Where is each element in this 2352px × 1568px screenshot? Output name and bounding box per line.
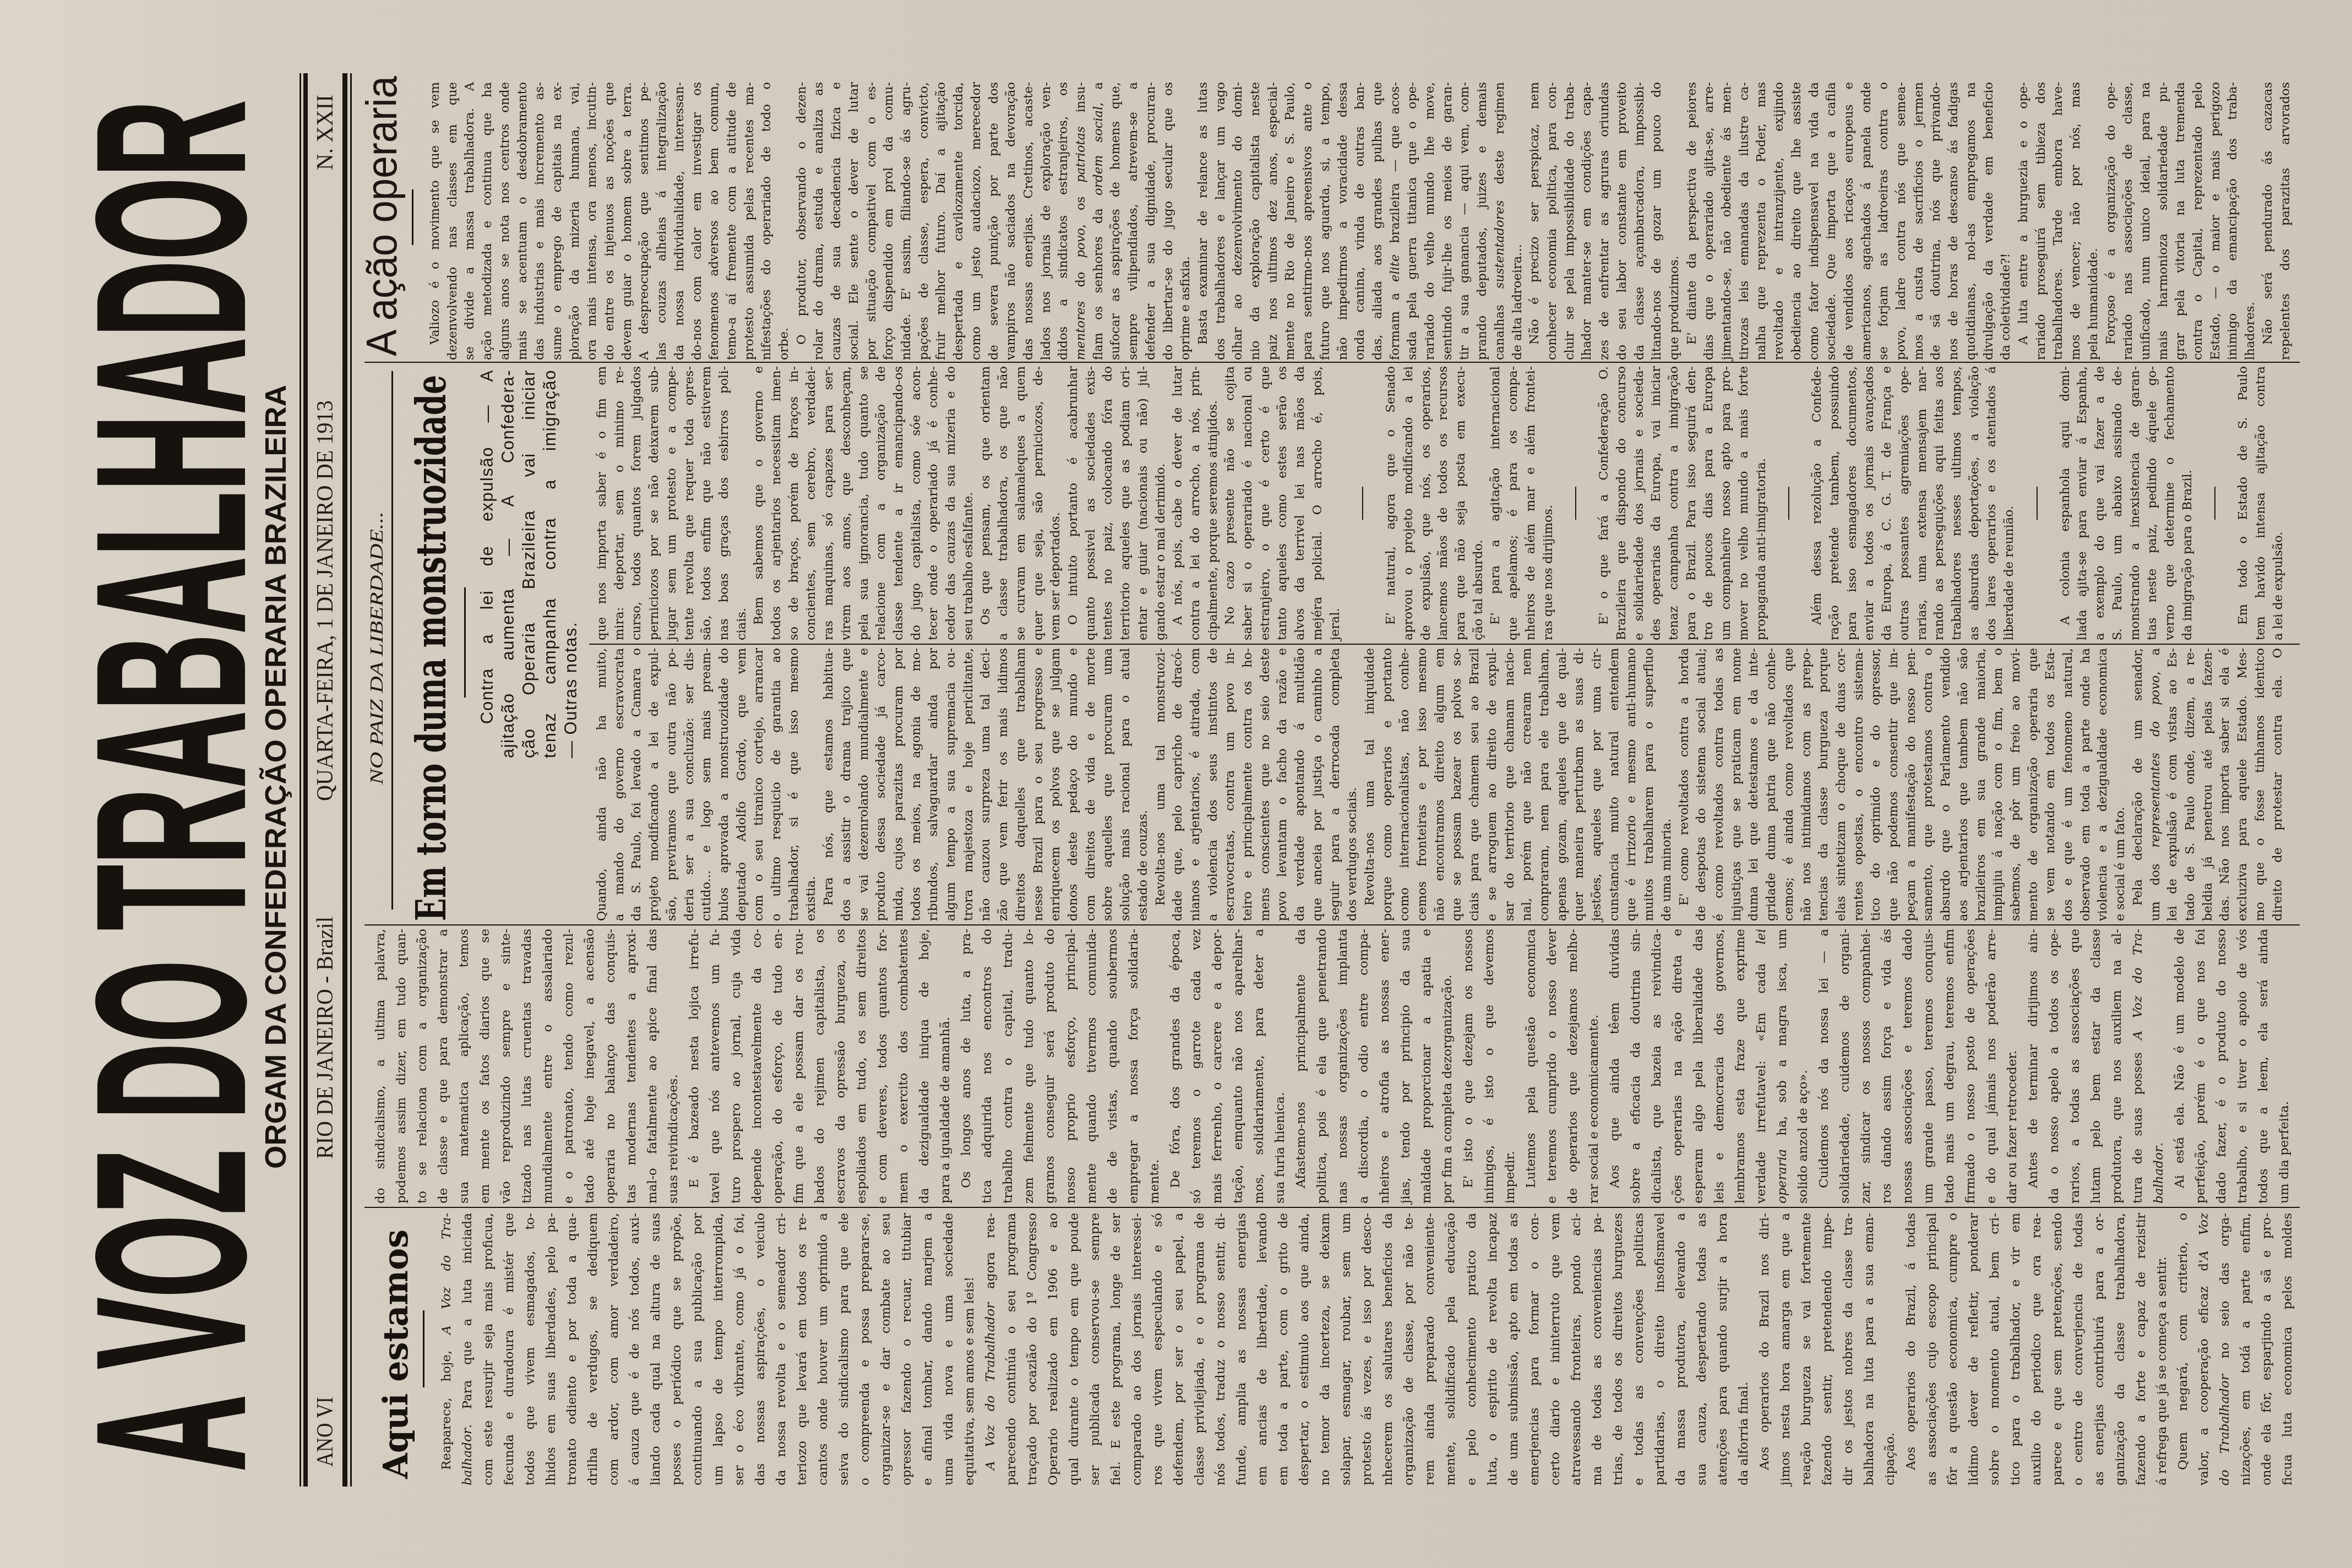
text-line: porque como operarios e portanto — [1379, 648, 1397, 921]
title-underline-rule — [412, 189, 413, 245]
text-line: Forçoso é a organização do ope- — [2103, 82, 2120, 360]
title-underline-rule — [423, 1310, 424, 1387]
text-line: tica adquirida nos encontros do — [977, 929, 998, 1204]
text-line: Afastemo-nos principalmente da — [1291, 929, 1311, 1204]
text-line: todos que a leem, ela será ainda — [2253, 929, 2274, 1204]
text-line: ganização da classe trabalhadora, — [2110, 1213, 2131, 1485]
text-line: mem o exercito dos combatentes — [893, 929, 914, 1204]
text-line: tado de S. Paulo onde, dizem, a re- — [2182, 648, 2199, 921]
column-4: que nos importa saber é o fim emmira: de… — [594, 366, 2287, 640]
text-line: das industrias e mais incremento as- — [531, 82, 549, 360]
text-line: operação, do esforço, de tudo en- — [767, 929, 788, 1204]
text-line: do jugo capitalista, como sóe acon- — [908, 366, 925, 640]
column-rule-3 — [589, 644, 2300, 645]
text-line: A nós, pois, cabe o dever de lutar — [1169, 366, 1187, 640]
text-line: trabalhador, si é que isso mesmo — [786, 648, 803, 921]
text-line: partidarias, o direito insofismavel — [1649, 1213, 1670, 1485]
text-line: entar e guiar (nacionais ou não) jul- — [1135, 366, 1152, 640]
text-line: fazendo a forte e capaz de rezistir — [2131, 1213, 2152, 1485]
text-line: todos os meios, na agonia de mo- — [908, 648, 925, 921]
text-line: cedor das cauzas da sua mizeria e do — [943, 366, 960, 640]
text-line: mos, solidariamente, para deter a — [1249, 929, 1270, 1204]
text-line: virem aos amos, que desconheçam, — [838, 366, 856, 640]
text-line: do entre os injenuos as noções que — [601, 82, 619, 360]
text-run: canalhas — [1493, 288, 1507, 360]
text-line: repelentes dos parazitas arvorados — [2277, 82, 2295, 360]
text-line: nós todos, traduz o nosso sentir, di- — [1210, 1213, 1231, 1485]
text-line: ação metodizada e continua que ha — [479, 82, 497, 360]
text-line: o ultimo resquicio de garantia ao — [768, 648, 786, 921]
text-run: brazileira — que acos- — [1388, 82, 1402, 254]
issue-number: N. XXII — [313, 95, 338, 170]
text-line: dos lares operarios e os atentados á — [1983, 366, 2001, 640]
text-line: cipação. — [1880, 1213, 1901, 1485]
text-line: inimigos, é isto o que devemos — [1479, 929, 1500, 1204]
text-line: de vendidos aos ricaços europeus e — [1841, 82, 1858, 360]
text-line: para isso esmagadores documentos, — [1844, 366, 1861, 640]
text-line: equitativa, sem amos e sem leis! — [959, 1213, 980, 1485]
text-line: pações de classe, espera, convicto, — [916, 82, 933, 360]
text-line: e do qual jámais nos poderão arre- — [1981, 929, 2002, 1204]
text-line: trabalho contra o capital, tradu- — [998, 929, 1019, 1204]
text-line: rar social e economicamente. — [1583, 929, 1604, 1204]
text-line: las couzas alheias á integralização — [654, 82, 671, 360]
paragraph: Em todo o Estado de S. Paulotem havido i… — [2235, 366, 2287, 640]
text-line: E' o que fará a Confederação O. — [1596, 366, 1613, 640]
text-line: cemos fronteiras e por isso mesmo — [1414, 648, 1431, 921]
text-line: mejéra policial. O arrocho é, pois, — [1309, 366, 1327, 640]
paragraph: Antes de terminar dirijimos ain-da o nos… — [2023, 929, 2169, 1204]
text-line: das, aliada aos grandes pulhas que — [1369, 82, 1387, 360]
text-line: nheiros de além mar e além frontei- — [1522, 366, 1540, 640]
paragraph: Quem negará, com criterio, ovalor, a coo… — [2173, 1213, 2298, 1485]
text-line: Lutemos pela questão economica — [1521, 929, 1542, 1204]
text-line: de despotas do sistema social atual; — [1693, 648, 1711, 921]
paragraph: Bem sabemos que o governo etodos os arje… — [750, 366, 977, 640]
paragraph: A luta entre a burguezia e o ope-rariado… — [2015, 82, 2103, 360]
text-line: impinjiu á nação com o fim, bem o — [1990, 648, 2007, 921]
text-line: tias neste paiz, pedindo áquele go- — [2144, 366, 2162, 640]
text-line: parece e que sem pretenções, sendo — [2047, 1213, 2068, 1485]
text-line: por fim a completa dezorganização. — [1437, 929, 1458, 1204]
italic-run: povo — [1074, 228, 1088, 258]
text-line: rarias, uma extensa mensajem nar- — [1914, 366, 1931, 640]
text-line: cunstancia muito natural entendem — [1606, 648, 1624, 921]
text-line: do seu labor constante em proveito — [1614, 82, 1631, 360]
text-line: Não será pendurado ás cazacas — [2260, 82, 2277, 360]
text-run: . — [2152, 1142, 2166, 1146]
article-kicker: NO PAIZ DA LIBERDADE... — [367, 511, 387, 785]
text-line: depende incontestavelmente da co- — [747, 929, 767, 1204]
text-line: cantos onde houver um oprimido a — [813, 1213, 834, 1485]
text-line: com este resurjir seja mais proficua, — [478, 1213, 499, 1485]
paragraph: Afastemo-nos principalmente dapolitica, … — [1291, 929, 1458, 1204]
text-line: a mando do governo escravocrata — [611, 648, 629, 921]
text-line: vem ser deportados. — [1047, 366, 1065, 640]
text-line: são, todos enfim que não estiverem — [698, 366, 716, 640]
column-rule-1 — [364, 1207, 2300, 1208]
text-line: ras que nos dirijimos. — [1540, 366, 1558, 640]
text-line: tas modernas tendentes a aproxi- — [621, 929, 642, 1204]
text-line: e solidariedade dos jornais e socieda- — [1631, 366, 1648, 640]
paragraph: E' natural, agora que o Senadoaprovou o … — [1382, 366, 1487, 640]
text-line: e com deveres, todos quantos for- — [872, 929, 893, 1204]
paragraph: De fóra, dos grandes da época,só teremos… — [1165, 929, 1291, 1204]
column-3: Quando, ainda não ha muito,a mando do go… — [594, 648, 2286, 921]
text-line: rariado do velho mundo lhe move, — [1422, 82, 1439, 360]
text-line: verno que determine o fechamento — [2162, 366, 2179, 640]
paragraph: Valiozo é o movimento que se vemdezenvol… — [427, 82, 793, 360]
text-line: nesse Brazil para o seu progresso e — [1030, 648, 1048, 921]
text-line: trabalho, e si tiver o apoio de vós — [2232, 929, 2253, 1204]
text-run: Reaparece, hoje, — [439, 1335, 454, 1470]
article-title-aqui-estamos: Aqui estamos — [375, 1229, 416, 1479]
text-line: flam os senhores da ordem social, a — [1090, 82, 1108, 360]
text-line: A luta entre a burguezia e o ope- — [2015, 82, 2033, 360]
text-line: dade que, pelo capricho de dracó- — [1169, 648, 1187, 921]
text-run: um dos — [2148, 848, 2163, 921]
text-line: sua cauza, despertando todas as — [1691, 1213, 1712, 1485]
text-line: paiz nos ultimos dez anos, especial- — [1265, 82, 1282, 360]
text-line: Bem sabemos que o governo e — [750, 366, 768, 640]
text-line: vampiros não saciados na devoração — [1003, 82, 1020, 360]
text-line: e afinal tombar, dando marjem a — [917, 1213, 938, 1485]
text-line: um grande passo, teremos conquis- — [1918, 929, 1939, 1204]
paragraph: Não será pendurado ás cazacasrepelentes … — [2260, 82, 2294, 360]
text-line: mente, solidificado pela educação — [1440, 1213, 1461, 1485]
text-line: de uma submissão, apto em todas as — [1503, 1213, 1524, 1485]
text-line: rem ainda preparado conveniente- — [1419, 1213, 1440, 1485]
text-line: quer que seja, são perniciozos, de- — [1030, 366, 1048, 640]
text-line: lidimo dever de refletir, ponderar — [1963, 1213, 1984, 1485]
text-line: suas reivindicações. — [663, 929, 684, 1204]
text-line: se vai dezenrolando mundialmente e — [856, 648, 873, 921]
text-line: compraram, nem para ele trabalham, — [1536, 648, 1554, 921]
issue-date: QUARTA-FEIRA, 1 DE JANEIRO DE 1913 — [313, 400, 338, 801]
text-line: se divide a massa trabalhadora. A — [461, 82, 479, 360]
text-line: dos trabalhadores e lançar um vago — [1212, 82, 1230, 360]
deck-line: — Outras notas. — [560, 369, 581, 758]
text-line: zão que vem ferir os mais lidimos — [995, 648, 1012, 921]
text-line: como internacionalistas, não conhe- — [1396, 648, 1414, 921]
article-title-acao-operaria: A ação operaria — [357, 75, 406, 356]
text-line: unificado, num unico ideial, para na — [2137, 82, 2155, 360]
text-line: ros dando assim força e vida ás — [1876, 929, 1897, 1204]
text-line: litando-nos de gozar um pouco do — [1648, 82, 1666, 360]
text-line: como fator indispensavel na vida da — [1806, 82, 1823, 360]
text-line: rariado proseguirá sem tibieza dos — [2033, 82, 2050, 360]
text-line: Os que pensam, os que orientam — [977, 366, 995, 640]
text-line: fôr a questão economica, cumpre o — [1942, 1213, 1963, 1485]
text-line: maldade proporcionar a apatia e — [1416, 929, 1437, 1204]
text-line: despertada e cavilozamente torcida, — [950, 82, 968, 360]
text-line: Em todo o Estado de S. Paulo — [2235, 366, 2252, 640]
text-line: mo que o fosse tinhamos identico — [2252, 648, 2269, 921]
text-line: A despreocupação que sentimos pe- — [636, 82, 654, 360]
text-line: sobre a eficacia da doutrina sin- — [1625, 929, 1646, 1204]
text-line: se vem notando em todos os Esta- — [2042, 648, 2060, 921]
text-line: mais ferrenho, o carcere e a depor- — [1207, 929, 1228, 1204]
text-line: brazileiros em sua grande maioria, — [1973, 648, 1990, 921]
text-line: com ardor, com amor verdadeiro, — [603, 1213, 624, 1485]
text-line: fenomenos adversos ao bem comum, — [706, 82, 723, 360]
text-line: operaria ha, sob a magra isca, um — [1772, 929, 1793, 1204]
text-line: Estado, — o maior e mais perigozo — [2207, 82, 2225, 360]
text-line: tem havido intensa ajitação contra — [2252, 366, 2270, 640]
text-line: mundialmente entre o assalariado — [537, 929, 558, 1204]
text-run: ha, sob a magra isca, um — [1775, 929, 1789, 1149]
text-line: nizações, em todá a parte enfim, — [2235, 1213, 2256, 1485]
text-line: tado mais um degrau, teremos enfim — [1939, 929, 1960, 1204]
column-1: Reaparece, hoje, A Voz do Tra-balhador. … — [436, 1213, 2298, 1485]
text-line: classe privilejiada, e o programa de — [1189, 1213, 1210, 1485]
text-line: tir a sua ganancia — aqui vem, com- — [1456, 82, 1474, 360]
text-line: des operarias da Europa, vai iniciar — [1648, 366, 1665, 640]
text-line: Para nós, que estamos habitua- — [820, 648, 838, 921]
text-line: nosso proprio esforço, principal- — [1060, 929, 1081, 1204]
text-line: sua matematica aplicação, temos — [454, 929, 475, 1204]
text-line: direitos daquelles que trabalham — [1012, 648, 1030, 921]
text-line: jugar sem um protesto e a compe- — [663, 366, 681, 640]
text-line: curso, todos quantos forem julgados — [628, 366, 646, 640]
text-line: to se relaciona com a organização — [412, 929, 433, 1204]
text-line: esperam algo pela liberalidade das — [1688, 929, 1709, 1204]
text-line: sempre vilipendiados, atrevem-se a — [1125, 82, 1142, 360]
text-line: estranjeiro, o que é certo é que — [1257, 366, 1275, 640]
text-line: nhecerem os salutares beneficios da — [1378, 1213, 1398, 1485]
masthead-title: A VOZ DO TRABALHADOR — [53, 100, 289, 1472]
text-line: que nos importa saber é o fim em — [594, 366, 611, 640]
text-line: de operarios que dezejamos melho- — [1562, 929, 1583, 1204]
text-line: pela humanidade. — [2085, 82, 2103, 360]
text-line: seiva do sindicalismo para que ele — [834, 1213, 854, 1485]
text-line: nas boas graças dos esbirros poli- — [716, 366, 733, 640]
text-line: politica, pois é ela que penetrando — [1311, 929, 1332, 1204]
text-line: perniciozos por se não deixarem sub- — [646, 366, 663, 640]
text-line: lados nos jornais de exploração ven- — [1038, 82, 1055, 360]
text-line: opressor fazendo o recuar, titubiar — [896, 1213, 917, 1485]
text-line: operaria no balanço das conquis- — [600, 929, 621, 1204]
text-line: orbe. — [776, 82, 793, 360]
text-line: donos deste pedaço do mundo e — [1065, 648, 1082, 921]
text-line: liberdade de reunião. — [2001, 366, 2018, 640]
text-line: e teremos cumprido o nosso dever — [1542, 929, 1562, 1204]
text-line: trabalhadores. Tarde embora have- — [2050, 82, 2067, 360]
text-line: nas nossas organizações implanta — [1332, 929, 1353, 1204]
text-line: lhador manter-se em condições capa- — [1578, 82, 1596, 360]
text-line: americanos, agachados á panela onde — [1858, 82, 1876, 360]
text-line: Revolta-nos uma tal iniquidade — [1362, 648, 1379, 921]
text-line: de de vistas, quando soubermos — [1102, 929, 1123, 1204]
paragraph: Aos operarios do Brazil nos diri-jimos n… — [1754, 1213, 1901, 1485]
text-line: de classe e que para demonstrar a — [433, 929, 454, 1204]
text-line: trora majestoza e hoje periclitante, — [960, 648, 978, 921]
paragraph: do sindicalismo, a ultima palavra,podemo… — [370, 929, 684, 1204]
text-line: contra o Capital, reprezentado pelo — [2190, 82, 2207, 360]
column-rule-4 — [364, 362, 2300, 363]
text-line: gridade duma patria que não conhe- — [1763, 648, 1781, 921]
text-line: Aos operarios do Brazil nos diri- — [1754, 1213, 1775, 1485]
text-line: um lapso de tempo interrompida, — [708, 1213, 729, 1485]
text-line: e social é um fato. — [2112, 648, 2130, 921]
text-line: absurdo que o Parlamento vendido — [1937, 648, 1955, 921]
text-line: para sentirmo-nos apreensivos ante o — [1299, 82, 1317, 360]
text-run: tura de suas posses — [2131, 1039, 2145, 1204]
paragraph: E' como revoltados contra a hordade desp… — [1676, 648, 2130, 921]
text-line: social. Ele sente o dever de lutar — [846, 82, 863, 360]
paragraph: A nós, pois, cabe o dever de lutarcontra… — [1169, 366, 1222, 640]
dateline-bottom-thick-rule — [342, 73, 347, 1487]
text-line: comparado ao dos jornais interessei- — [1126, 1213, 1147, 1485]
text-line: Revolta-nos uma tal monstruozi- — [1152, 648, 1170, 921]
article-deck: Contra a lei de expulsão — A ajitação au… — [477, 369, 581, 758]
paragraph: Pela declaração de um senador,um dos rep… — [2130, 648, 2286, 921]
text-line: trias, de todos os direitos burguezes — [1608, 1213, 1629, 1485]
masthead-subtitle: ORGAM DA CONFEDERAÇÃO OPERARIA BRAZILEIR… — [259, 385, 292, 1169]
text-line: deria ser a sua concluzão: ser dis- — [681, 648, 699, 921]
paragraph: A Voz do Trabalhador agora rea-parecendo… — [980, 1213, 1754, 1485]
paragraph: Basta examinar de relance as lutasdos tr… — [1195, 82, 1526, 360]
text-line: nianos e arjentarios, é atirada, com — [1187, 648, 1205, 921]
italic-run: sustentadores — [1493, 200, 1507, 288]
section-divider — [1557, 366, 1596, 640]
text-line: tentes no paiz, colocando fóra do — [1099, 366, 1117, 640]
section-divider — [2196, 366, 2235, 640]
deck-line: ajitação aumenta — A Confedera- — [498, 369, 519, 758]
text-line: nifestações do operariado de todo o — [758, 82, 776, 360]
text-line: mente. — [1144, 929, 1165, 1204]
text-line: Reaparece, hoje, A Voz do Tra- — [436, 1213, 457, 1485]
text-line: verdade irrefutavel: «Em cada lei — [1751, 929, 1772, 1204]
text-line: sar do territorio que chamam nacio- — [1501, 648, 1519, 921]
text-line: da verdade apontando á multidão — [1292, 648, 1309, 921]
text-line: tação, emquanto não nos aparelhar- — [1228, 929, 1249, 1204]
paragraph: Cuidemos nós da nossa lei — asolidarieda… — [1814, 929, 2023, 1204]
text-line: posses o periódico que se propõe, — [666, 1213, 687, 1485]
text-line: nidade. E' assim, filiando-se ás agru- — [898, 82, 916, 360]
text-line: lancemos mãos de todos os recursos — [1435, 366, 1452, 640]
text-line: beldia já penetrou até pelas fazen- — [2199, 648, 2217, 921]
text-line: da imigração para o Brazil. — [2179, 366, 2197, 640]
text-line: atenções para quando surjir a hora — [1712, 1213, 1733, 1485]
text-line: classe tendente a ir emancipando-os — [890, 366, 908, 640]
text-line: Quem negará, com criterio, o — [2173, 1213, 2193, 1485]
column-rule-2 — [364, 924, 2300, 925]
text-line: dias que o operariado ajita-se, arre- — [1701, 82, 1718, 360]
text-line: bados do rejimen capitalista, os — [809, 929, 830, 1204]
text-line: contra a lei do arrocho, a nós, prin- — [1187, 366, 1205, 640]
italic-run: representantes do povo — [2148, 676, 2163, 848]
text-line: Aos operarios do Brazil, á todas — [1901, 1213, 1921, 1485]
text-line: nossas associações e teremos dado — [1897, 929, 1918, 1204]
text-line: nalha que reprezenta o Poder, mas — [1753, 82, 1771, 360]
text-line: liando cada qual na altura de suas — [645, 1213, 666, 1485]
text-line: mais se acentuam o desdobramento — [514, 82, 532, 360]
paragraph: que nos importa saber é o fim emmira: de… — [594, 366, 750, 640]
section-divider — [1344, 366, 1382, 640]
italic-run: mentores — [1074, 301, 1088, 360]
text-line: injustiças que se praticam em nome — [1728, 648, 1746, 921]
text-line: prando deputados, juizes e demais — [1474, 82, 1491, 360]
dateline-top-thick-rule — [303, 73, 308, 1487]
text-line: só teremos o garrote cada vez — [1186, 929, 1207, 1204]
text-line: estado de couzas. — [1135, 648, 1152, 921]
text-line: O intuito portanto é acabrunhar — [1065, 366, 1082, 640]
text-line: certo diario e ininterruto que vem — [1545, 1213, 1566, 1485]
text-line: dos a assistir o drama trajico que — [838, 648, 856, 921]
text-line: leis e democracia dos governos, — [1709, 929, 1730, 1204]
text-line: balhador. — [2148, 929, 2169, 1204]
text-line: mal-o fatalmente ao apice final das — [642, 929, 663, 1204]
text-line: alguns anos se nota nos centros onde — [497, 82, 514, 360]
text-line: quotidianas, nol-as empregamos na — [1963, 82, 1980, 360]
text-line: e pelo conhecimento pratico da — [1461, 1213, 1482, 1485]
text-line: traçado por ocazião do 1º Congresso — [1022, 1213, 1043, 1485]
text-line: sabemos, de pôr um freio ao movi- — [2007, 648, 2025, 921]
text-line: sufocar as aspirações de homens que, — [1107, 82, 1125, 360]
text-line: para a igualdade de amanhã. — [935, 929, 956, 1204]
text-line: sentindo fujir-lhe os meios de garan- — [1439, 82, 1457, 360]
text-line: ser publicada conservou-se sempre — [1085, 1213, 1106, 1485]
text-line: mida, cujos parazitas procuram por — [890, 648, 908, 921]
text-line: tado até hoje inegavel, a acensão — [579, 929, 600, 1204]
text-line: de sã doutrina, nós que privando- — [1928, 82, 1945, 360]
text-line: ora mais intensa, ora menos, incutin- — [584, 82, 601, 360]
text-line: o compreenda e possa preparar-se, — [854, 1213, 875, 1485]
paragraph: Reaparece, hoje, A Voz do Tra-balhador. … — [436, 1213, 980, 1485]
text-line: Cuidemos nós da nossa lei — a — [1814, 929, 1834, 1204]
text-run: . Para que a luta iniciada — [460, 1213, 475, 1428]
italic-run: A Voz do Tra- — [439, 1213, 454, 1335]
text-line: defender a sua dignidade, procuran- — [1142, 82, 1160, 360]
text-line: a violencia dos seus instintos de — [1205, 648, 1222, 921]
text-line: o centro de converjencia de todas — [2068, 1213, 2089, 1485]
text-line: luta, o espirito de revolta incapaz — [1482, 1213, 1503, 1485]
text-line: Brazileira que dispondo do concurso — [1613, 366, 1631, 640]
text-line: E' natural, agora que o Senado — [1382, 366, 1400, 640]
text-line: tura de suas posses A Voz do Tra- — [2127, 929, 2148, 1204]
text-line: ficua luta economica pelos moldes — [2277, 1213, 2298, 1485]
italic-run: A Voz do Tra- — [2131, 929, 2145, 1039]
text-line: espoliados em tudo, os sem direitos — [851, 929, 872, 1204]
text-line: escravocratas, contra um povo in- — [1222, 648, 1239, 921]
text-line: solidariedade, cuidemos de organi- — [1834, 929, 1855, 1204]
text-line: projeto modificando a lei de expul- — [646, 648, 663, 921]
text-run: flam os senhores da — [1091, 195, 1106, 360]
text-line: despertar, o estimulo aos que ainda, — [1294, 1213, 1315, 1485]
text-line: samento, que protestamos contra o — [1920, 648, 1937, 921]
column-2: do sindicalismo, a ultima palavra,podemo… — [370, 929, 2295, 1204]
text-line: enviar a todos os jornais avançados — [1861, 366, 1879, 640]
text-line: e todas as convenções politicas — [1629, 1213, 1649, 1485]
text-line: ploração da mizeria humana, vai, — [567, 82, 584, 360]
text-line: balhadora na luta para a sua eman- — [1859, 1213, 1880, 1485]
text-line: jias, tendo por principio da sua — [1395, 929, 1416, 1204]
paragraph: Revolta-nos uma tal iniquidadeporque com… — [1362, 648, 1676, 921]
text-line: não cauzou surpreza uma tal deci- — [977, 648, 995, 921]
text-line: excluziva para aquele Estado. Mes- — [2234, 648, 2252, 921]
text-line: mente no Rio de Janeiro e S. Paulo, — [1282, 82, 1299, 360]
text-line: so de braços, porém de braços in- — [786, 366, 803, 640]
text-line: reação burgueza se vai fortemente — [1796, 1213, 1817, 1485]
text-line: elas sintetizam o choque de duas cor- — [1833, 648, 1850, 921]
text-line: divulgação da verdade em beneficio — [1980, 82, 1998, 360]
text-line: solido anzol de aço». — [1793, 929, 1814, 1204]
paragraph: E é bazeado nesta lojica irrefu-tavel qu… — [684, 929, 956, 1204]
text-line: sobre aquelles que procuram uma — [1099, 648, 1117, 921]
text-line: cemos; é ainda como revoltados que — [1781, 648, 1798, 921]
paragraph: Não é precizo ser perspicaz, nemconhecer… — [1526, 82, 1683, 360]
